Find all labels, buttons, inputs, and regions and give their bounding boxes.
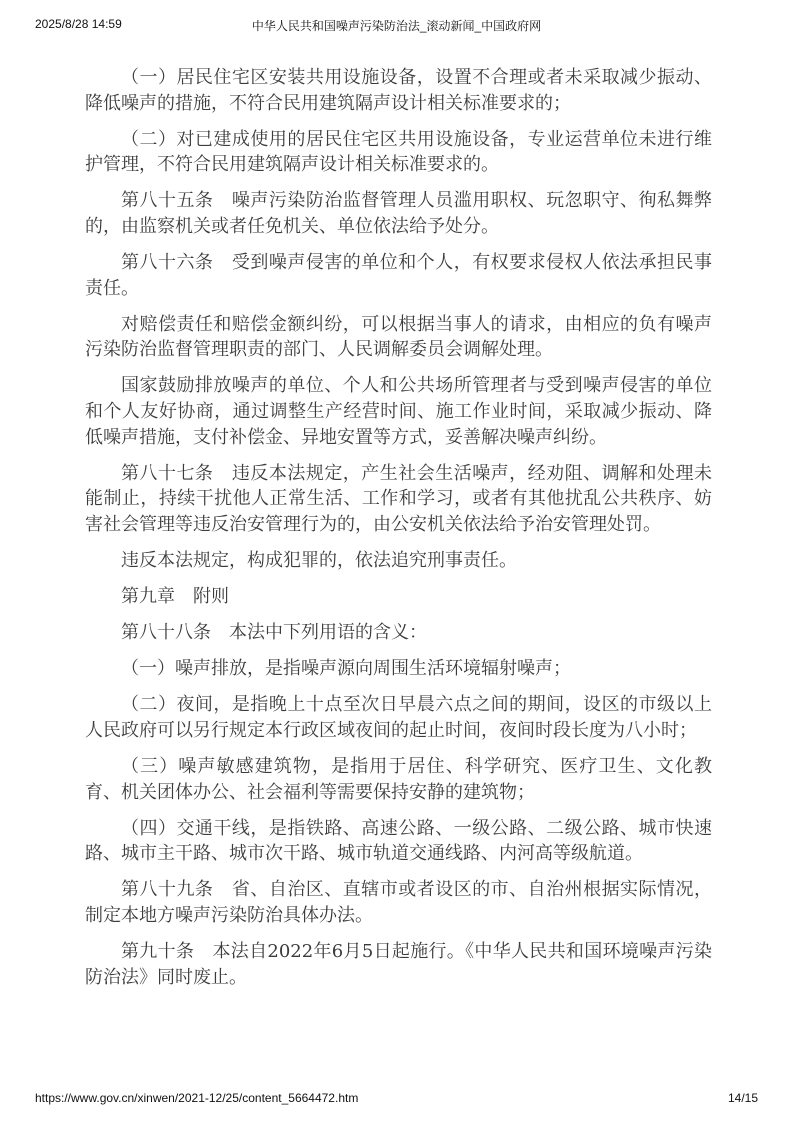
- paragraph-item-2: （二）对已建成使用的居民住宅区共用设施设备，专业运营单位未进行维护管理，不符合民…: [85, 127, 712, 178]
- definition-item-1: （一）噪声排放，是指噪声源向周围生活环境辐射噪声；: [85, 656, 712, 682]
- definition-item-3: （三）噪声敏感建筑物，是指用于居住、科学研究、医疗卫生、文化教育、机关团体办公、…: [85, 754, 712, 805]
- paragraph-article-89: 第八十九条 省、自治区、直辖市或者设区的市、自治州根据实际情况，制定本地方噪声污…: [85, 877, 712, 928]
- paragraph-article-87: 第八十七条 违反本法规定，产生社会生活噪声，经劝阻、调解和处理未能制止，持续干扰…: [85, 461, 712, 538]
- paragraph-article-88: 第八十八条 本法中下列用语的含义：: [85, 620, 712, 646]
- definition-item-4: （四）交通干线，是指铁路、高速公路、一级公路、二级公路、城市快速路、城市主干路、…: [85, 816, 712, 867]
- paragraph-article-85: 第八十五条 噪声污染防治监督管理人员滥用职权、玩忽职守、徇私舞弊的，由监察机关或…: [85, 188, 712, 239]
- paragraph-article-86: 第八十六条 受到噪声侵害的单位和个人，有权要求侵权人依法承担民事责任。: [85, 250, 712, 301]
- source-url: https://www.gov.cn/xinwen/2021-12/25/con…: [35, 1091, 358, 1105]
- paragraph-compensation: 对赔偿责任和赔偿金额纠纷，可以根据当事人的请求，由相应的负有噪声污染防治监督管理…: [85, 312, 712, 363]
- paragraph-item-1: （一）居民住宅区安装共用设施设备，设置不合理或者未采取减少振动、降低噪声的措施，…: [85, 65, 712, 116]
- law-text-body: （一）居民住宅区安装共用设施设备，设置不合理或者未采取减少振动、降低噪声的措施，…: [85, 65, 712, 1001]
- paragraph-article-90: 第九十条 本法自2022年6月5日起施行。《中华人民共和国环境噪声污染防治法》同…: [85, 939, 712, 990]
- printed-page: 2025/8/28 14:59 中华人民共和国噪声污染防治法_滚动新闻_中国政府…: [0, 0, 793, 1122]
- page-number: 14/15: [728, 1091, 758, 1105]
- paragraph-negotiation: 国家鼓励排放噪声的单位、个人和公共场所管理者与受到噪声侵害的单位和个人友好协商，…: [85, 373, 712, 450]
- print-footer: https://www.gov.cn/xinwen/2021-12/25/con…: [35, 1091, 758, 1105]
- document-title: 中华人民共和国噪声污染防治法_滚动新闻_中国政府网: [35, 17, 758, 34]
- chapter-9-heading: 第九章 附则: [85, 584, 712, 610]
- paragraph-criminal-liability: 违反本法规定，构成犯罪的，依法追究刑事责任。: [85, 548, 712, 574]
- definition-item-2: （二）夜间，是指晚上十点至次日早晨六点之间的期间，设区的市级以上人民政府可以另行…: [85, 692, 712, 743]
- print-header: 2025/8/28 14:59 中华人民共和国噪声污染防治法_滚动新闻_中国政府…: [35, 17, 758, 33]
